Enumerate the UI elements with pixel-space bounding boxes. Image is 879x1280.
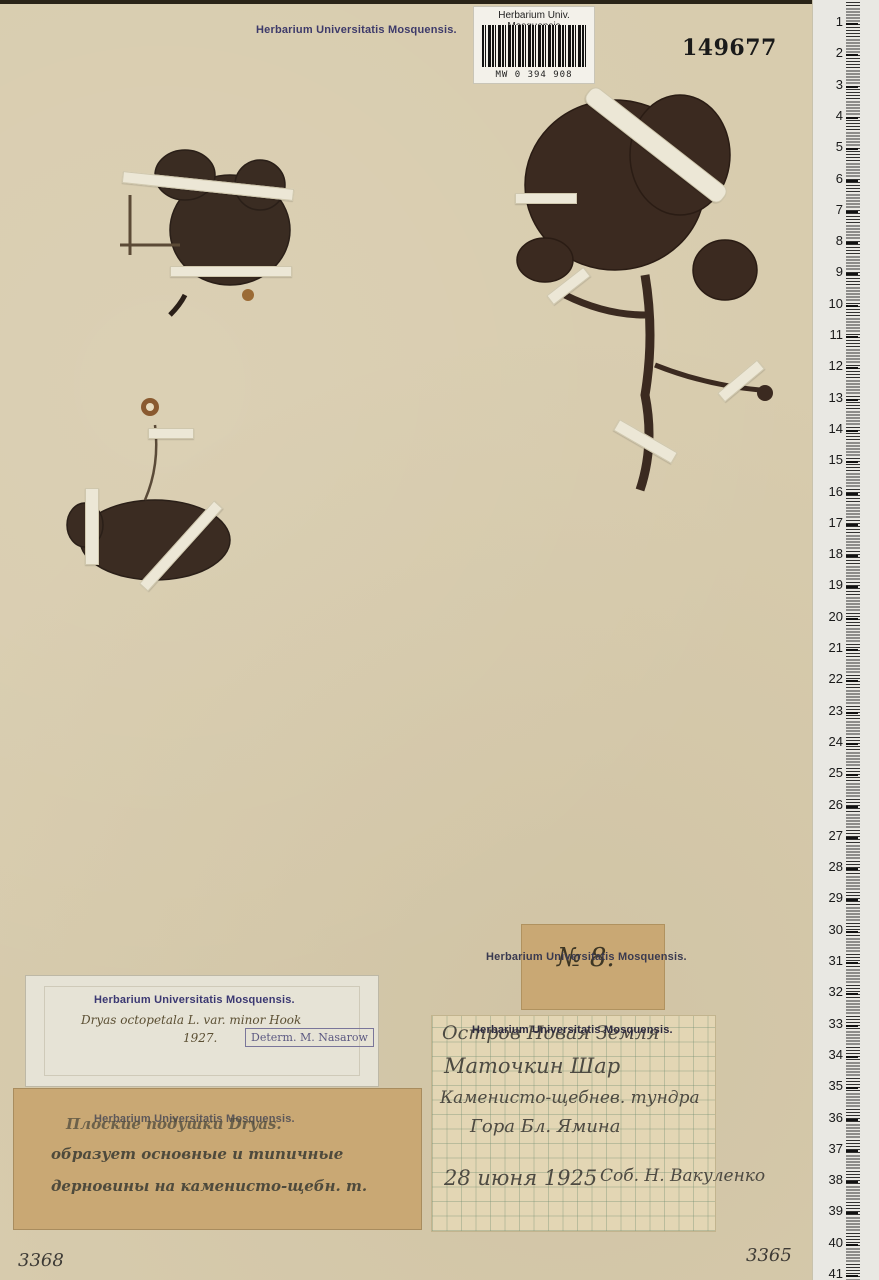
ruler-number: 1	[836, 14, 843, 29]
ruler-major-tick	[846, 618, 858, 620]
accession-number: 149677	[682, 35, 777, 61]
corner-number-left: 3368	[18, 1250, 64, 1271]
collection-date: 28 июня 1925	[444, 1166, 597, 1190]
ruler-number: 34	[829, 1047, 843, 1062]
ruler-major-tick	[846, 180, 858, 182]
ruler-major-tick	[846, 367, 858, 369]
ruler-number: 4	[836, 108, 843, 123]
ruler-number: 8	[836, 233, 843, 248]
ruler-major-tick	[846, 1275, 858, 1277]
locality-line: Маточкин Шар	[444, 1054, 620, 1078]
ruler-major-tick	[846, 1181, 858, 1183]
ruler-major-tick	[846, 117, 858, 119]
habitat-line: Плоские подушки Dryas.	[66, 1115, 282, 1133]
ruler-number: 11	[830, 327, 844, 342]
determiner-stamp: Determ. M. Nasarow	[245, 1028, 374, 1047]
ruler-number: 14	[829, 421, 843, 436]
ruler-major-tick	[846, 430, 858, 432]
habitat-label: Herbarium Universitatis Mosquensis. Плос…	[13, 1088, 422, 1230]
ruler-number: 30	[829, 922, 843, 937]
ruler-number: 41	[829, 1266, 843, 1280]
ruler-major-tick	[846, 962, 858, 964]
number-label: № 8.	[521, 924, 665, 1010]
collection-label: Остров Новая Земля Herbarium Universitat…	[431, 1015, 716, 1232]
ruler-number: 2	[836, 45, 843, 60]
ruler-major-tick	[846, 993, 858, 995]
number-stamp: Herbarium Universitatis Mosquensis.	[486, 951, 687, 963]
ruler-number: 33	[829, 1016, 843, 1031]
ruler-number: 16	[829, 484, 843, 499]
specimen-top-left	[110, 135, 310, 325]
ruler-major-tick	[846, 23, 858, 25]
ruler-number: 20	[829, 609, 843, 624]
ruler-major-tick	[846, 555, 858, 557]
ruler-major-tick	[846, 242, 858, 244]
ruler-major-tick	[846, 899, 858, 901]
ruler-major-tick	[846, 1212, 858, 1214]
ruler-number: 9	[836, 264, 843, 279]
ruler-number: 10	[829, 296, 843, 311]
mounting-strip	[515, 193, 577, 204]
ruler-number: 7	[836, 202, 843, 217]
ruler-number: 32	[829, 984, 843, 999]
ruler-number: 35	[829, 1078, 843, 1093]
mounting-strip	[148, 428, 194, 439]
ruler-number: 18	[829, 546, 843, 561]
ruler-number: 38	[829, 1172, 843, 1187]
ruler-number: 26	[829, 797, 843, 812]
ruler-major-tick	[846, 1056, 858, 1058]
ruler-number: 22	[829, 671, 843, 686]
ruler-major-tick	[846, 148, 858, 150]
ruler-major-tick	[846, 1119, 858, 1121]
ruler-major-tick	[846, 305, 858, 307]
ruler-number: 17	[829, 515, 843, 530]
barcode-icon	[482, 25, 586, 67]
ruler-number: 23	[829, 703, 843, 718]
ruler-major-tick	[846, 1244, 858, 1246]
ruler-major-tick	[846, 54, 858, 56]
header-stamp: Herbarium Universitatis Mosquensis.	[256, 24, 457, 36]
ruler-number: 21	[829, 640, 843, 655]
ruler-major-tick	[846, 868, 858, 870]
ruler-major-tick	[846, 1087, 858, 1089]
ruler-major-tick	[846, 336, 858, 338]
determination-stamp: Herbarium Universitatis Mosquensis.	[94, 994, 295, 1006]
ruler-number: 36	[829, 1110, 843, 1125]
mounting-strip	[170, 266, 292, 277]
ruler-number: 28	[829, 859, 843, 874]
ruler-number: 19	[829, 577, 843, 592]
corner-number-right: 3365	[746, 1245, 792, 1266]
ruler-major-tick	[846, 931, 858, 933]
site-line: Гора Бл. Ямина	[470, 1116, 621, 1137]
ruler-number: 24	[829, 734, 843, 749]
mounting-strip	[85, 488, 99, 565]
herbarium-sheet: Herbarium Universitatis Mosquensis. Herb…	[0, 0, 812, 1280]
habitat-line: образует основные и типичные	[51, 1145, 343, 1163]
ruler-number: 29	[829, 890, 843, 905]
ruler-major-tick	[846, 680, 858, 682]
habitat-line: дерновины на каменисто-щебн. т.	[51, 1177, 367, 1195]
ruler-major-tick	[846, 211, 858, 213]
sheet-edge	[0, 0, 812, 4]
ruler-major-tick	[846, 774, 858, 776]
ruler-number: 40	[829, 1235, 843, 1250]
habitat-line: Каменисто-щебнев. тундра	[440, 1088, 700, 1108]
ruler-number: 15	[829, 452, 843, 467]
ruler-number: 12	[829, 358, 843, 373]
ruler-number: 27	[829, 828, 843, 843]
collector-name: Соб. Н. Вакуленко	[600, 1166, 765, 1186]
determination-year: 1927.	[183, 1031, 217, 1045]
ruler-major-tick	[846, 524, 858, 526]
scale-ruler: 1234567891011121314151617181920212223242…	[812, 0, 879, 1280]
ruler-major-tick	[846, 649, 858, 651]
ruler-major-tick	[846, 1150, 858, 1152]
ruler-major-tick	[846, 273, 858, 275]
ruler-major-tick	[846, 461, 858, 463]
ruler-number: 3	[836, 77, 843, 92]
ruler-number: 13	[829, 390, 843, 405]
determination-label: Herbarium Universitatis Mosquensis. Drya…	[25, 975, 379, 1087]
ruler-major-tick	[846, 712, 858, 714]
ruler-major-tick	[846, 586, 858, 588]
taxon-name: Dryas octopetala L. var. minor Hook	[81, 1013, 301, 1027]
ruler-number: 37	[829, 1141, 843, 1156]
ruler-major-tick	[846, 743, 858, 745]
ruler-number: 31	[829, 953, 843, 968]
ruler-major-tick	[846, 493, 858, 495]
ruler-number: 6	[836, 171, 843, 186]
collection-stamp: Herbarium Universitatis Mosquensis.	[472, 1024, 673, 1036]
ruler-major-tick	[846, 399, 858, 401]
ruler-number: 39	[829, 1203, 843, 1218]
ruler-major-tick	[846, 806, 858, 808]
ruler-major-tick	[846, 86, 858, 88]
ruler-number: 25	[829, 765, 843, 780]
ruler-number: 5	[836, 139, 843, 154]
ruler-major-tick	[846, 1025, 858, 1027]
ruler-major-tick	[846, 837, 858, 839]
